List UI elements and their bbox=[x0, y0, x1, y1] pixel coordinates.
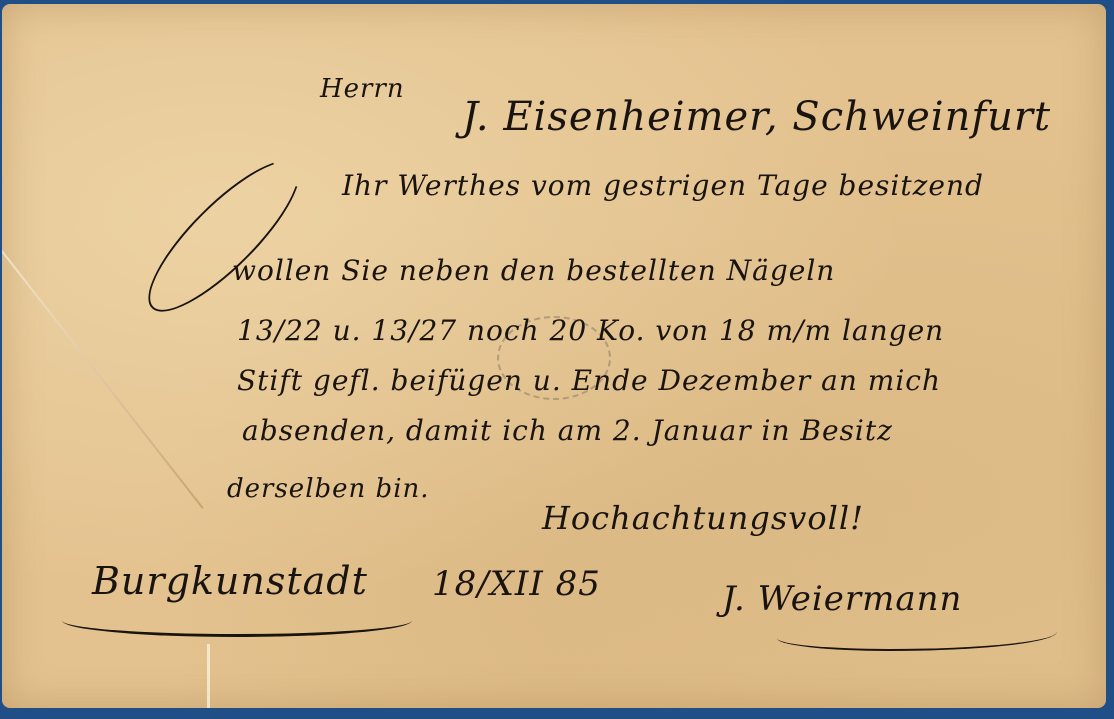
recipient: J. Eisenheimer, Schweinfurt bbox=[462, 94, 1051, 140]
body-line-1: Ihr Werthes vom gestrigen Tage besitzend bbox=[342, 169, 984, 202]
body-line-3: 13/22 u. 13/27 noch 20 Ko. von 18 m/m la… bbox=[237, 314, 944, 347]
place-name: Burgkunstadt bbox=[92, 559, 368, 603]
postcard: Herrn J. Eisenheimer, Schweinfurt Ihr We… bbox=[2, 4, 1106, 708]
body-line-4: Stift gefl. beifügen u. Ende Dezember an… bbox=[237, 364, 941, 397]
date: 18/XII 85 bbox=[432, 564, 601, 604]
herrn-flourish bbox=[129, 141, 319, 331]
salutation: Herrn bbox=[320, 74, 405, 104]
tear-mark bbox=[207, 644, 210, 708]
signature-underline-flourish bbox=[777, 619, 1057, 651]
body-line-5: absenden, damit ich am 2. Januar in Besi… bbox=[242, 414, 893, 447]
place-underline-flourish bbox=[62, 604, 412, 637]
signature: J. Weiermann bbox=[722, 579, 962, 619]
body-line-2: wollen Sie neben den bestellten Nägeln bbox=[232, 254, 835, 287]
valediction: Hochachtungsvoll! bbox=[542, 499, 864, 537]
body-line-6: derselben bin. bbox=[227, 474, 430, 504]
